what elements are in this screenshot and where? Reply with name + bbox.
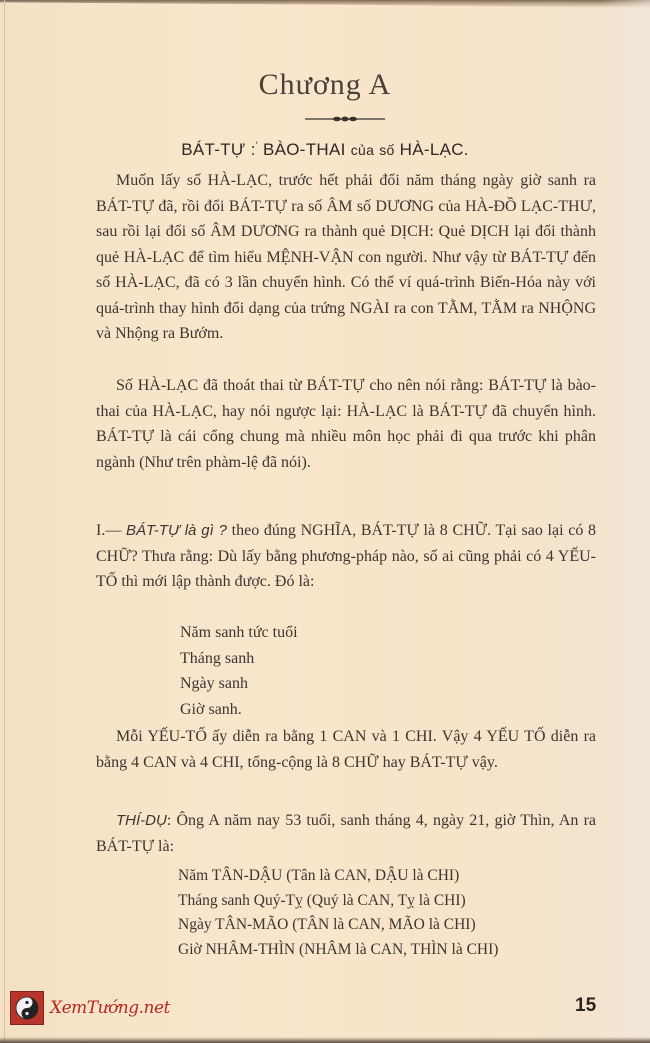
paragraph-definition: I.— BÁT-TỰ là gì ? theo đúng NGHĨA, BÁT-… bbox=[96, 518, 596, 595]
yin-yang-icon bbox=[10, 991, 44, 1025]
section-number: I.— bbox=[96, 522, 121, 539]
paragraph-can-chi: Mỗi YẾU-TỐ ấy diễn ra bằng 1 CAN và 1 CH… bbox=[96, 724, 596, 775]
chapter-title: Chương A bbox=[0, 68, 650, 102]
paragraph-example: THÍ-DỤ: Ông A năm nay 53 tuổi, sanh thán… bbox=[96, 808, 596, 859]
question-label: BÁT-TỰ là gì ? bbox=[126, 522, 227, 539]
list-item: Ngày sanh bbox=[180, 671, 298, 697]
section-heading: BÁT-TỰ :' BÀO-THAI của số HÀ-LẠC. bbox=[0, 140, 650, 160]
list-item: Giờ NHÂM-THÌN (NHÂM là CAN, THÌN là CHI) bbox=[178, 938, 498, 963]
example-label: THÍ-DỤ bbox=[116, 812, 167, 829]
page-bottom-edge bbox=[0, 1037, 650, 1043]
page-top-edge bbox=[0, 0, 650, 8]
logo-text: XemTướng.net bbox=[50, 998, 170, 1018]
list-item: Năm TÂN-DẬU (Tân là CAN, DẬU là CHI) bbox=[178, 864, 498, 889]
ornament-divider-icon bbox=[305, 116, 385, 122]
list-item: Tháng sanh bbox=[180, 646, 298, 672]
list-item: Tháng sanh Quý-Tỵ (Quý là CAN, Tỵ là CHI… bbox=[178, 889, 498, 914]
list-item: Ngày TÂN-MÃO (TÂN là CAN, MÃO là CHI) bbox=[178, 913, 498, 938]
list-item: Giờ sanh. bbox=[180, 697, 298, 723]
paragraph-intro: Muốn lấy số HÀ-LẠC, trước hết phải đổi n… bbox=[96, 168, 596, 347]
elements-list: Năm sanh tức tuổi Tháng sanh Ngày sanh G… bbox=[180, 620, 298, 722]
list-item: Năm sanh tức tuổi bbox=[180, 620, 298, 646]
scanned-page: Chương A BÁT-TỰ :' BÀO-THAI của số HÀ-LẠ… bbox=[0, 0, 650, 1043]
paragraph-origin: Số HÀ-LẠC đã thoát thai từ BÁT-TỰ cho nê… bbox=[96, 373, 596, 475]
page-number: 15 bbox=[575, 995, 596, 1017]
example-list: Năm TÂN-DẬU (Tân là CAN, DẬU là CHI) Thá… bbox=[178, 864, 498, 962]
site-logo[interactable]: XemTướng.net bbox=[10, 990, 170, 1026]
